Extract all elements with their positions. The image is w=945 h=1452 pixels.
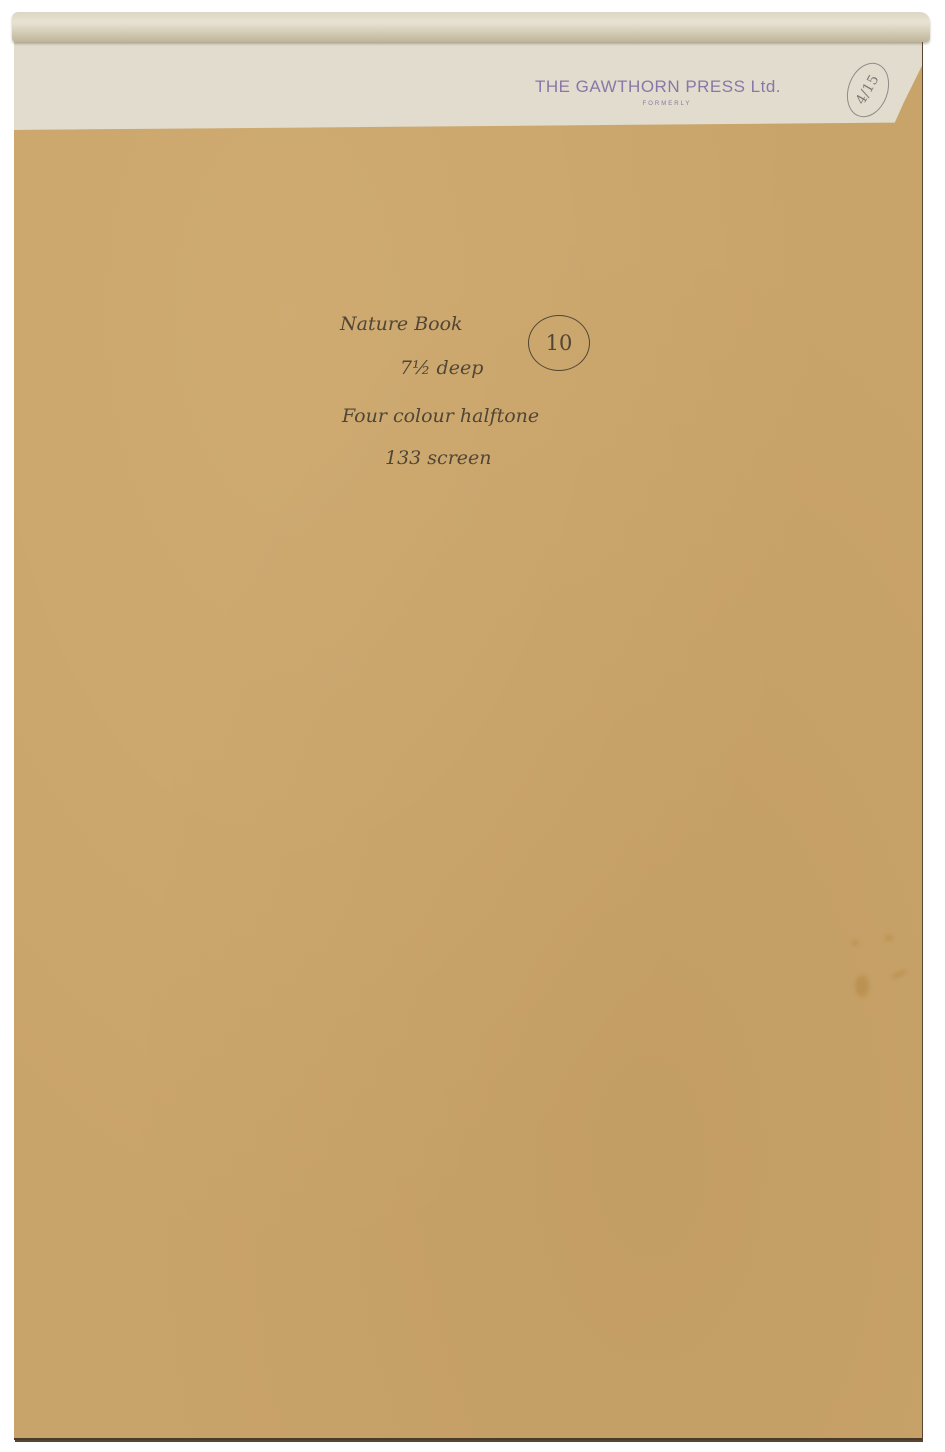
note-title: Nature Book: [340, 313, 463, 335]
note-process: Four colour halftone: [342, 405, 539, 427]
stain-mark: [852, 940, 858, 946]
reference-code: 4/15: [853, 72, 883, 107]
item-number-circle: 10: [528, 315, 590, 371]
note-screen: 133 screen: [385, 447, 492, 469]
stain-mark: [885, 935, 893, 941]
item-number: 10: [546, 331, 573, 355]
tissue-roll-top: [12, 12, 930, 42]
stamp-company-name: THE GAWTHORN PRESS Ltd.: [523, 77, 793, 97]
note-depth: 7½ deep: [400, 357, 483, 379]
publisher-stamp: THE GAWTHORN PRESS Ltd. FORMERLY: [523, 77, 793, 107]
backing-board: [14, 34, 922, 1440]
stain-mark: [855, 975, 869, 997]
stamp-subtext: FORMERLY: [541, 101, 793, 107]
